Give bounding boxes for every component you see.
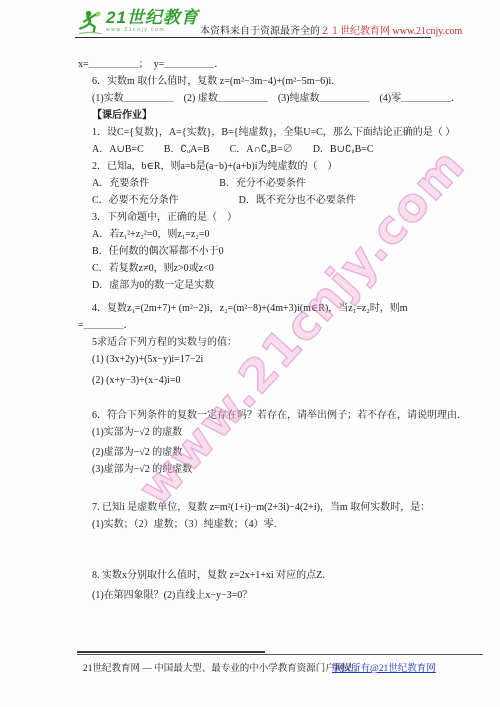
hw2-options-ab: A．充要条件 B．充分不必要条件 <box>92 175 486 192</box>
hw3-stem: 3．下列命题中，正确的是（ ） <box>92 209 486 226</box>
fill-blank-xy: x=＿＿＿＿＿； y=＿＿＿＿＿． <box>78 56 486 73</box>
footer-divider-thick <box>77 651 265 653</box>
header-tagline: 本资料来自于资源最齐全的２１世纪教育网 www.21cnjy.com <box>200 22 462 37</box>
hw3-option-c: C．若复数z≠0，则z>0或z<0 <box>92 260 486 277</box>
hw3-option-d: D．虚部为0的数一定是实数 <box>92 277 486 294</box>
tagline-prefix: 本资料来自于资源最齐全的 <box>200 26 320 37</box>
logo-sub-url: www.21cnjy.com <box>106 27 199 33</box>
hw6-item-1: (1)实部为−√2 的虚数 <box>92 424 486 441</box>
header-divider <box>75 37 431 38</box>
hw1-options: A．A∪B=C B．∁ᵤA=B C．A∩∁ᵤB=∅ D．B∪∁ᵤB=C <box>92 141 486 158</box>
hw5-equation-1: (1) (3x+2y)+(5x−y)i=17−2i <box>92 351 486 368</box>
hw6-item-3: (3)虚部为−√2 的纯虚数 <box>92 461 486 478</box>
hw3-option-b: B．任何数的偶次幂都不小于0 <box>92 243 486 260</box>
footer-divider-thin <box>77 654 483 655</box>
hw5-stem: 5求适合下列方程的实数与的值： <box>92 334 486 351</box>
footer-copyright-link[interactable]: 版权所有@21世纪教育网 <box>332 660 436 674</box>
q6-blanks: (1)实数＿＿＿＿＿ (2) 虚数＿＿＿＿＿ (3)纯虚数＿＿＿＿＿ (4)零＿… <box>92 90 486 107</box>
hw2-options-cd: C．必要不充分条件 D．既不充分也不必要条件 <box>92 192 486 209</box>
hw2-stem: 2．已知a，b∈R，则a=b是(a−b)+(a+b)i为纯虚数的（ ） <box>92 158 486 175</box>
site-logo: 21世纪教育 www.21cnjy.com <box>76 8 199 38</box>
logo-brand: 21世纪教育 <box>106 8 199 27</box>
worksheet-page: 21世纪教育 www.21cnjy.com 本资料来自于资源最齐全的２１世纪教育… <box>0 0 500 707</box>
hw7-items: (1)实数；（2）虚数；（3）纯虚数；（4）零． <box>92 516 486 533</box>
tagline-site-name: ２１世纪教育网 www.21cnjy.com <box>320 26 462 37</box>
footer-site-info: 21世纪教育网 — 中国最大型、最专业的中小学教育资源门户网站。 <box>83 660 363 674</box>
hw4-stem: 4．复数z₁=(2m+7)+ (m²−2)i，z₂=(m²−8)+(4m+3)i… <box>92 300 486 317</box>
runner-logo-icon <box>76 8 104 38</box>
q6-stem: 6．实数m 取什么值时，复数 z=(m²−3m−4)+(m²−5m−6)i． <box>92 73 486 90</box>
logo-text: 21世纪教育 www.21cnjy.com <box>106 8 199 33</box>
worksheet-content: x=＿＿＿＿＿； y=＿＿＿＿＿． 6．实数m 取什么值时，复数 z=(m²−3… <box>78 56 486 604</box>
hw3-option-a: A．若z₁²+z₂²=0，则z₁=z₂=0 <box>92 226 486 243</box>
hw1-stem: 1．设C={复数}，A={实数}，B={纯虚数}，全集U=C，那么下面结论正确的… <box>92 124 486 141</box>
hw8-items: (1)在第四象限？(2)直线上x−y−3=0？ <box>92 587 486 604</box>
hw6-item-2: (2)虚部为−√2 的虚数 <box>92 444 486 461</box>
hw4-blank: =＿＿＿＿． <box>78 317 486 334</box>
hw7-stem: 7. 已知i 是虚数单位，复数 z=m²(1+i)−m(2+3i)−4(2+i)… <box>92 499 486 516</box>
hw6-stem: 6．符合下列条件的复数一定存在吗？若存在，请举出例子；若不存在，请说明理由． <box>92 407 486 424</box>
hw5-equation-2: (2) (x+y−3)+(x−4)i=0 <box>92 372 486 389</box>
homework-heading: 【课后作业】 <box>92 107 486 124</box>
hw8-stem: 8. 实数x分别取什么值时，复数 z=2x+1+xi 对应的点Z． <box>92 567 486 584</box>
